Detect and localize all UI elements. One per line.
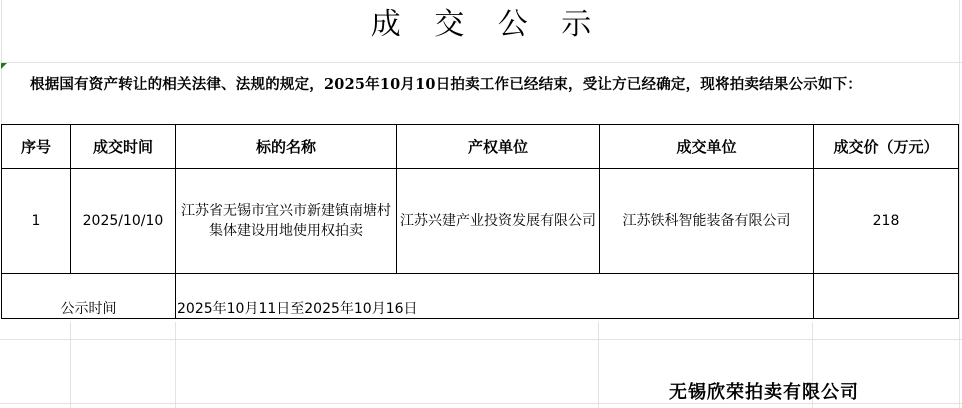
cell-deal-time: 2025/10/10 bbox=[71, 169, 176, 274]
company-signature: 无锡欣荣拍卖有限公司 bbox=[669, 378, 859, 404]
table-footer-row: 公示时间 2025年10月11日至2025年10月16日 bbox=[2, 274, 959, 319]
header-owner: 产权单位 bbox=[397, 125, 600, 169]
header-subject-name: 标的名称 bbox=[176, 125, 397, 169]
grid-line-v bbox=[959, 0, 960, 408]
cell-index: 1 bbox=[2, 169, 71, 274]
grid-line-v bbox=[70, 322, 71, 408]
header-buyer: 成交单位 bbox=[600, 125, 814, 169]
cell-empty bbox=[814, 274, 959, 319]
publicity-period-value: 2025年10月11日至2025年10月16日 bbox=[176, 274, 814, 319]
header-index: 序号 bbox=[2, 125, 71, 169]
grid-line-h bbox=[0, 339, 962, 340]
intro-paragraph: 根据国有资产转让的相关法律、法规的规定，2025年10月10日拍卖工作已经结束，… bbox=[4, 74, 950, 95]
page-title: 成 交 公 示 bbox=[0, 0, 962, 50]
publicity-period-label: 公示时间 bbox=[2, 274, 176, 319]
grid-line-h bbox=[0, 62, 962, 63]
header-price: 成交价（万元） bbox=[814, 125, 959, 169]
result-table: 序号 成交时间 标的名称 产权单位 成交单位 成交价（万元） 1 2025/10… bbox=[1, 124, 959, 319]
grid-line-v bbox=[598, 322, 599, 408]
table-row: 1 2025/10/10 江苏省无锡市宜兴市新建镇南塘村集体建设用地使用权拍卖 … bbox=[2, 169, 959, 274]
cell-owner: 江苏兴建产业投资发展有限公司 bbox=[397, 169, 600, 274]
grid-line-v bbox=[175, 322, 176, 408]
cell-subject-name: 江苏省无锡市宜兴市新建镇南塘村集体建设用地使用权拍卖 bbox=[176, 169, 397, 274]
table-header-row: 序号 成交时间 标的名称 产权单位 成交单位 成交价（万元） bbox=[2, 125, 959, 169]
cell-buyer: 江苏铁科智能装备有限公司 bbox=[600, 169, 814, 274]
cell-comment-marker-icon bbox=[1, 63, 7, 69]
cell-price: 218 bbox=[814, 169, 959, 274]
header-deal-time: 成交时间 bbox=[71, 125, 176, 169]
